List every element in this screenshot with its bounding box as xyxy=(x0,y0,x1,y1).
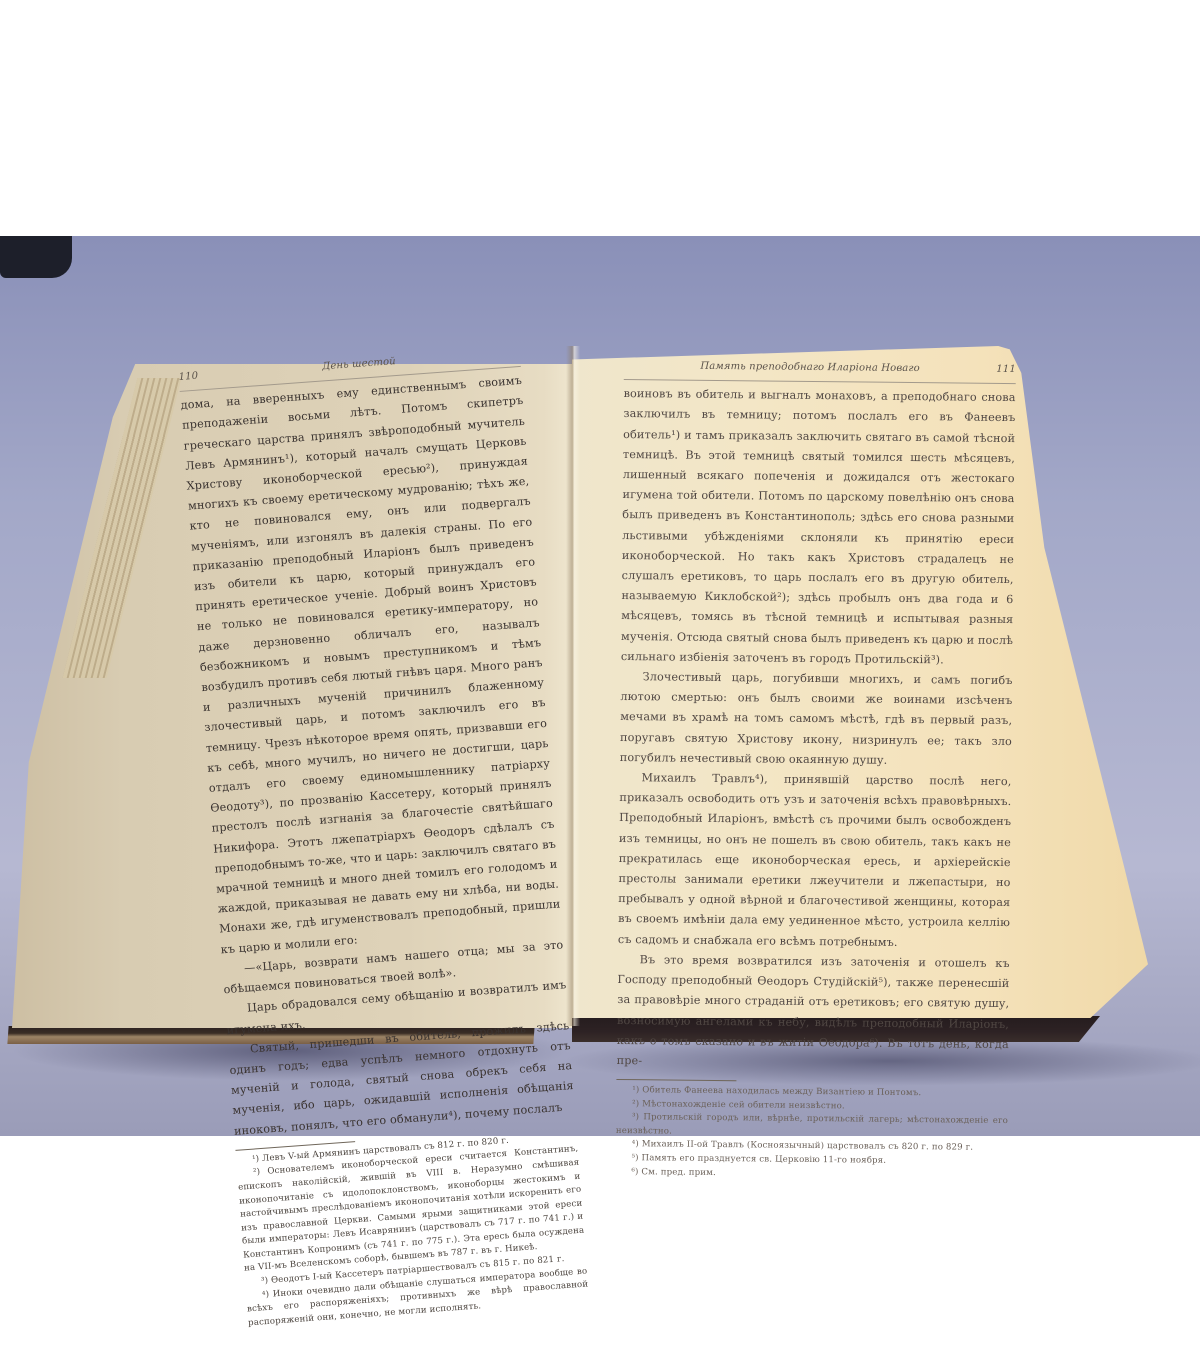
left-page-number: 110 xyxy=(178,367,199,389)
right-paragraph: воиновъ въ обитель и выгналъ монаховъ, а… xyxy=(621,384,1016,671)
right-running-head: Память преподобнаго Иларiона Новаго xyxy=(700,357,920,379)
left-running-head: День шестой xyxy=(321,352,396,378)
right-paragraph: Михаилъ Травлъ⁴), принявшiй царство посл… xyxy=(618,768,1012,954)
book-gutter xyxy=(566,346,580,1026)
left-paragraph: дома, на вверенныхъ ему единственнымъ св… xyxy=(180,371,563,960)
right-paragraph: Злочестивый царь, погубивши многихъ, и с… xyxy=(620,667,1013,772)
right-running-header: Память преподобнаго Иларiона Новаго 111 xyxy=(624,356,1016,384)
dark-object-corner xyxy=(0,236,72,278)
left-footnotes: ¹) Левъ V-ый Армянинъ царствовалъ съ 812… xyxy=(235,1125,589,1331)
right-footnote: ⁶) См. пред. прим. xyxy=(615,1166,1007,1184)
right-footnote: ³) Протильскiй городъ или, вѣрнѣе, проти… xyxy=(616,1111,1008,1142)
right-page-text: Память преподобнаго Иларiона Новаго 111 … xyxy=(615,356,1016,1183)
right-page-number: 111 xyxy=(996,360,1016,380)
left-page-text: 110 День шестой дома, на вверенныхъ ему … xyxy=(178,343,590,1331)
footnote-rule xyxy=(616,1079,736,1081)
right-footnotes: ¹) Обитель Фанеева находилась между Виза… xyxy=(615,1079,1008,1183)
right-paragraph: Въ это время возвратился изъ заточенiя и… xyxy=(617,950,1010,1075)
